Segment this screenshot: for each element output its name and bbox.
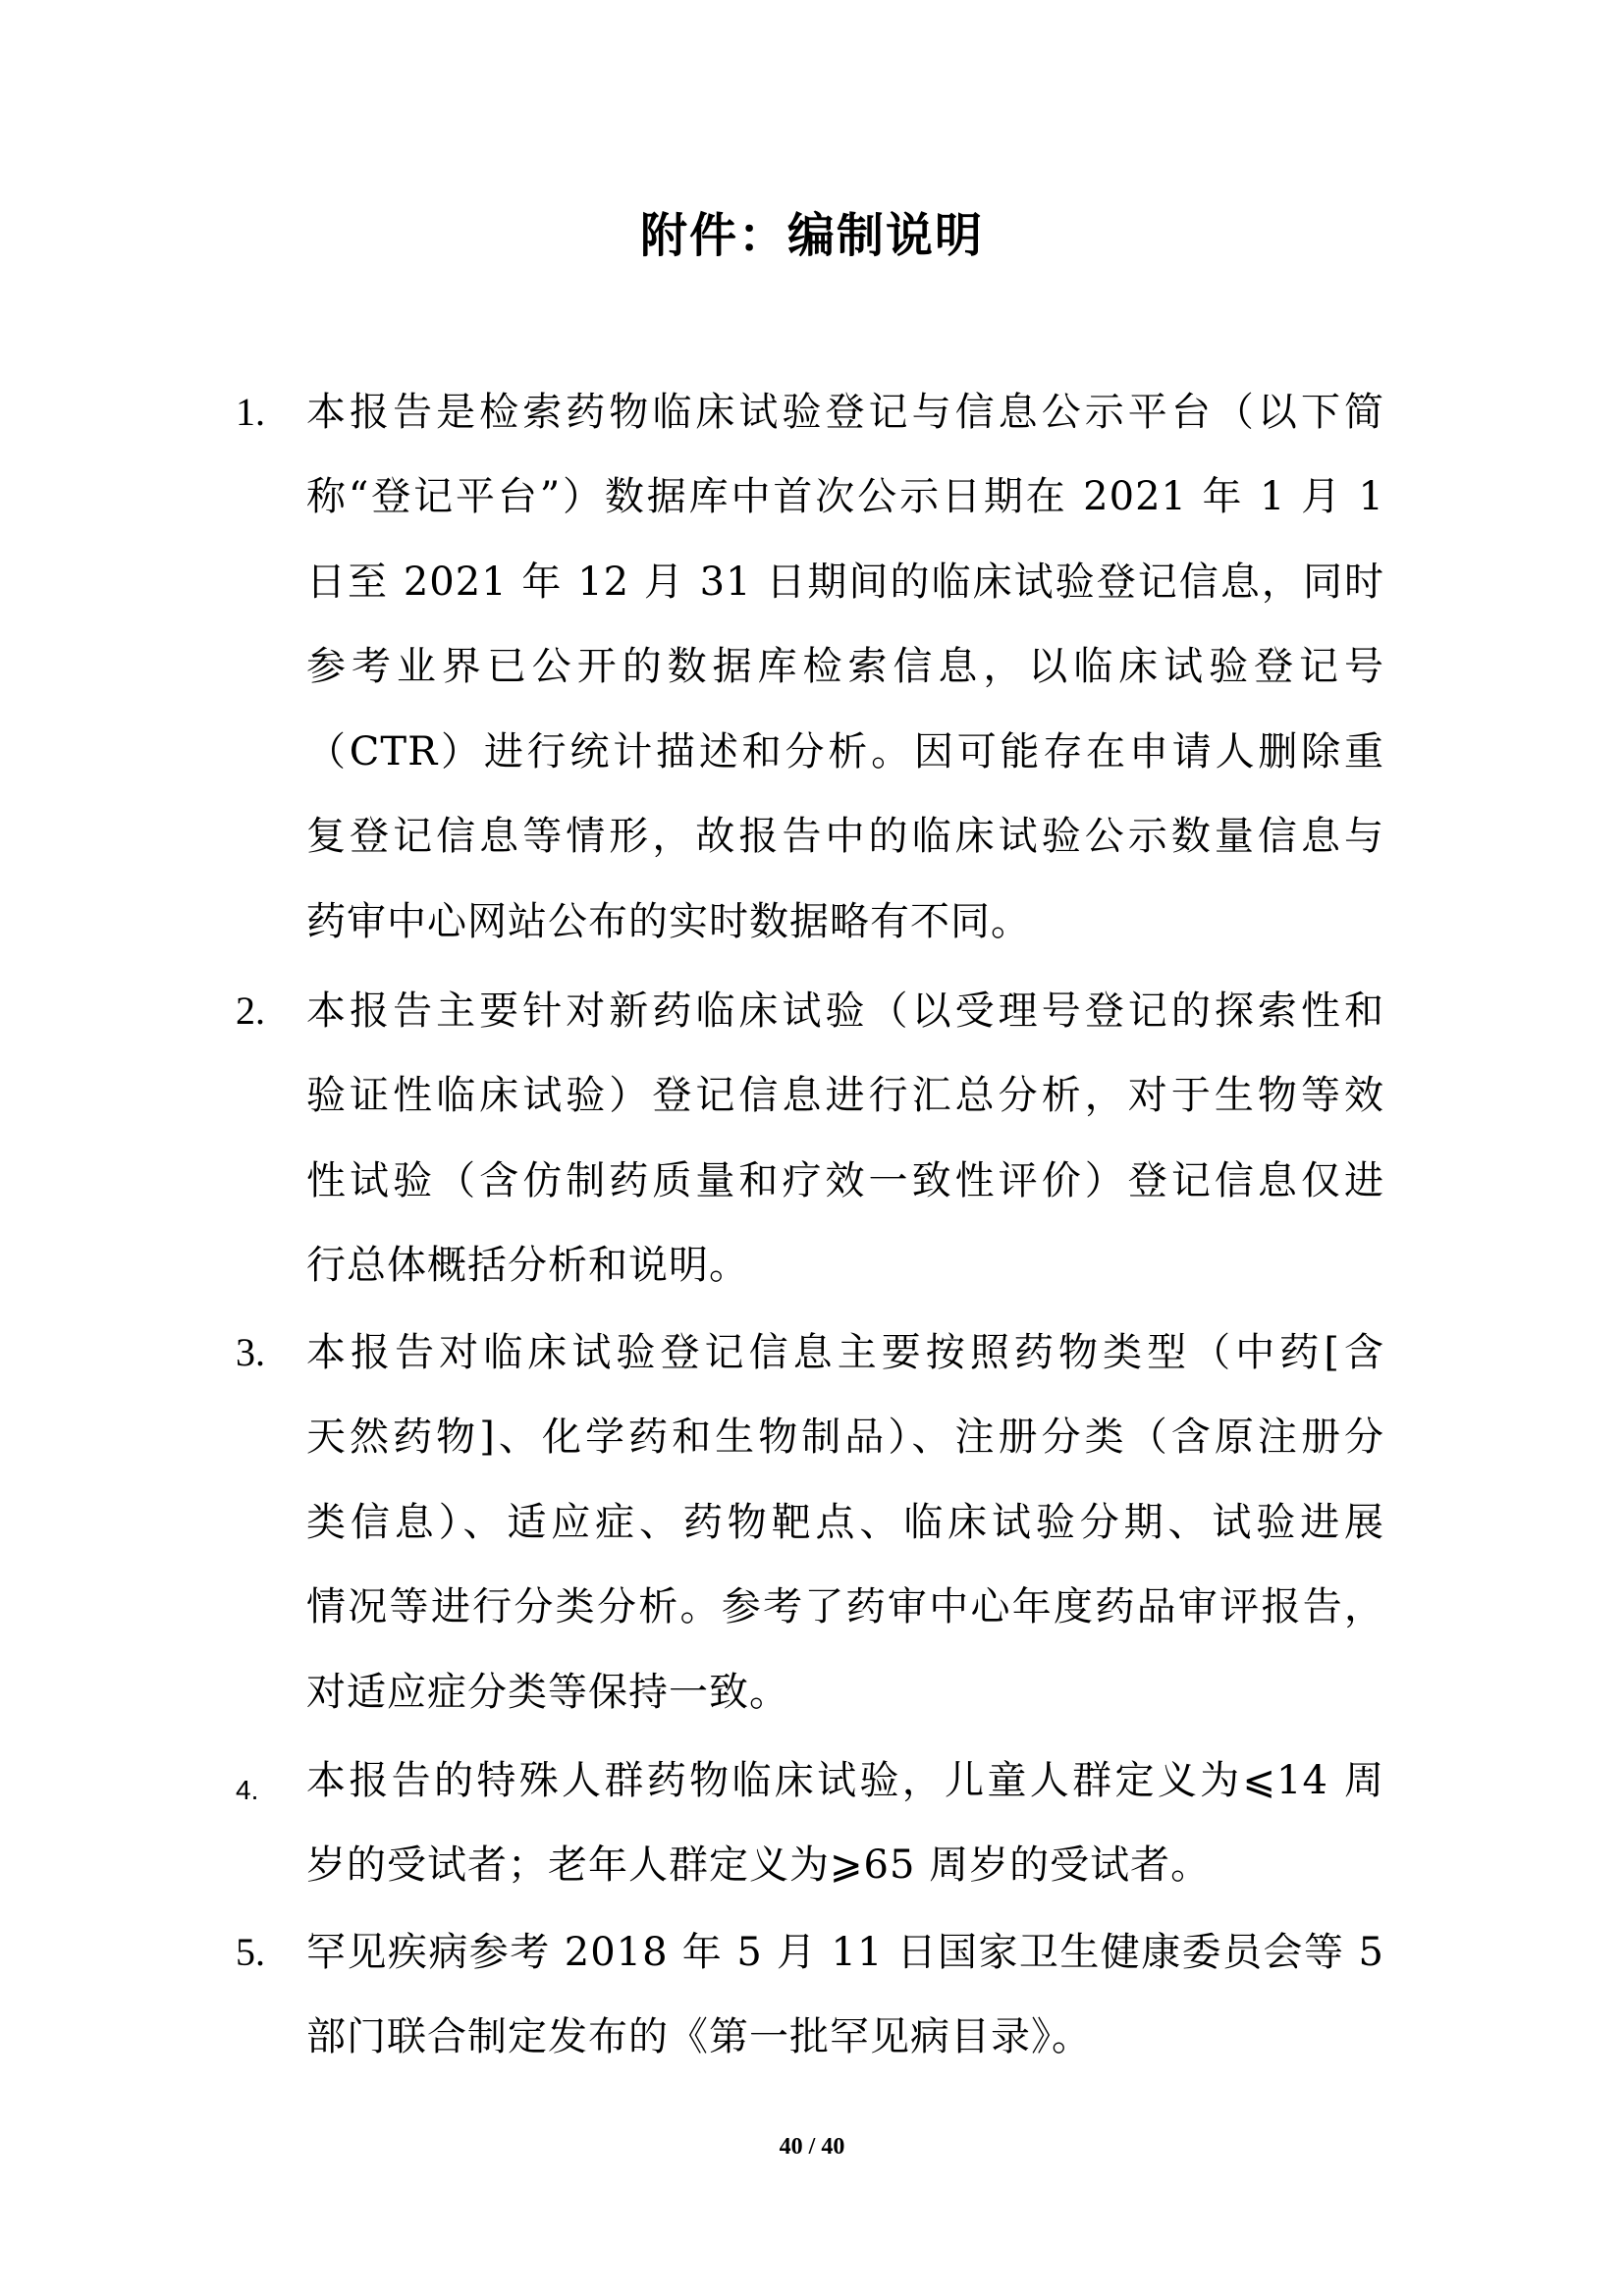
page-number: 40 / 40	[0, 2132, 1624, 2162]
text-line: 类信息）、适应症、药物靶点、临床试验分期、试验进展	[306, 1495, 1384, 1550]
list-item-number: 3.	[236, 1325, 265, 1380]
text-line: 本报告对临床试验登记信息主要按照药物类型（中药[含	[306, 1325, 1384, 1380]
list-item-number: 5.	[236, 1925, 265, 1980]
text-line: 行总体概括分析和说明。	[306, 1238, 1384, 1293]
text-line: 对适应症分类等保持一致。	[306, 1665, 1384, 1720]
text-line: 日至 2021 年 12 月 31 日期间的临床试验登记信息，同时	[306, 555, 1384, 610]
text-line: 性试验（含仿制药质量和疗效一致性评价）登记信息仅进	[306, 1153, 1384, 1208]
text-line: 本报告的特殊人群药物临床试验，儿童人群定义为⩽14 周	[306, 1753, 1384, 1808]
list-item-number: 1.	[236, 385, 265, 440]
text-line: 称“登记平台”）数据库中首次公示日期在 2021 年 1 月 1	[306, 469, 1384, 524]
text-line: （CTR）进行统计描述和分析。因可能存在申请人删除重	[306, 724, 1384, 779]
text-line: 复登记信息等情形，故报告中的临床试验公示数量信息与	[306, 809, 1384, 864]
text-line: 本报告是检索药物临床试验登记与信息公示平台（以下简	[306, 385, 1384, 440]
page-title: 附件：编制说明	[0, 204, 1624, 267]
list-item-number: 2.	[236, 984, 265, 1039]
text-line: 本报告主要针对新药临床试验（以受理号登记的探索性和	[306, 984, 1384, 1039]
list-item-number: 4.	[236, 1753, 258, 1818]
text-line: 罕见疾病参考 2018 年 5 月 11 日国家卫生健康委员会等 5	[306, 1925, 1384, 1980]
text-line: 药审中心网站公布的实时数据略有不同。	[306, 894, 1384, 949]
text-line: 情况等进行分类分析。参考了药审中心年度药品审评报告，	[306, 1579, 1384, 1634]
text-line: 岁的受试者；老年人群定义为⩾65 周岁的受试者。	[306, 1838, 1384, 1893]
text-line: 验证性临床试验）登记信息进行汇总分析，对于生物等效	[306, 1068, 1384, 1123]
text-line: 天然药物]、化学药和生物制品）、注册分类（含原注册分	[306, 1410, 1384, 1465]
text-line: 部门联合制定发布的《第一批罕见病目录》。	[306, 2009, 1384, 2064]
text-line: 参考业界已公开的数据库检索信息，以临床试验登记号	[306, 639, 1384, 694]
document-page: 附件：编制说明 1. 本报告是检索药物临床试验登记与信息公示平台（以下简 称“登…	[0, 0, 1624, 2296]
